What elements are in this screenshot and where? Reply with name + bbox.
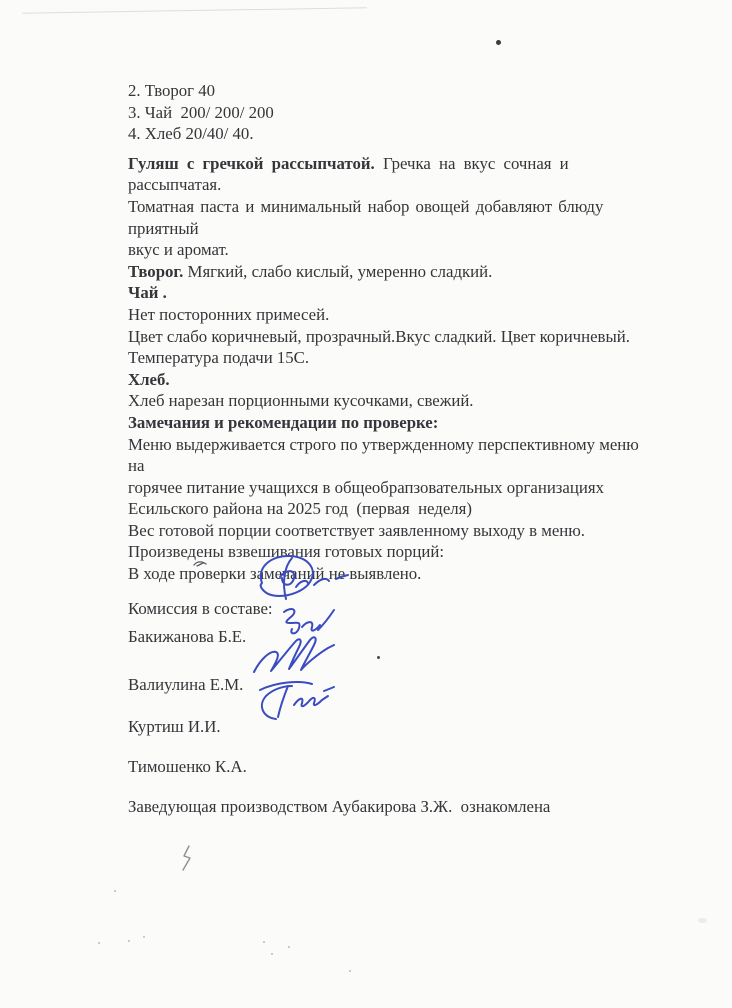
scan-speck (496, 40, 501, 45)
scan-speck (128, 940, 130, 942)
commission-member-row: Валиулина Е.М. (128, 674, 650, 714)
dish-description-chai-line2: Цвет слабо коричневый, прозрачный.Вкус с… (128, 326, 650, 348)
remarks-line: В ходе проверки замечаний не выявлено. (128, 563, 650, 585)
menu-list-item: 4. Хлеб 20/40/ 40. (128, 123, 650, 145)
commission-heading: Комиссия в составе: (128, 598, 650, 620)
scan-speck (114, 890, 116, 892)
dish-description-gulyash-line3: вкус и аромат. (128, 239, 650, 261)
dish-name-chai: Чай . (128, 282, 650, 304)
scan-speck (143, 936, 145, 938)
dish-name-gulyash: Гуляш с гречкой рассыпчатой. (128, 154, 375, 173)
commission-member-row: Тимошенко К.А. (128, 756, 650, 796)
commission-member-name: Валиулина Е.М. (128, 674, 650, 696)
footer-acknowledgement: Заведующая производством Аубакирова З.Ж.… (128, 796, 650, 818)
scanned-document-page: 2. Творог 40 3. Чай 200/ 200/ 200 4. Хле… (0, 0, 732, 1008)
remarks-line: Произведены взвешивания готовых порций: (128, 541, 650, 563)
menu-list-item: 3. Чай 200/ 200/ 200 (128, 102, 650, 124)
scan-speck (288, 946, 290, 948)
remarks-line: Вес готовой порции соответствует заявлен… (128, 520, 650, 542)
remarks-heading: Замечания и рекомендации по проверке: (128, 412, 650, 434)
dish-description-gulyash-line2: Томатная паста и минимальный набор овоще… (128, 196, 650, 239)
remarks-line: Меню выдерживается строго по утвержденно… (128, 434, 650, 477)
scan-speck (263, 941, 265, 943)
dish-name-tvorog: Творог. (128, 262, 183, 281)
dish-description-hleb: Хлеб нарезан порционными кусочками, свеж… (128, 390, 650, 412)
document-body: 2. Творог 40 3. Чай 200/ 200/ 200 4. Хле… (128, 80, 650, 818)
remarks-line: горячее питание учащихся в общеобрапзова… (128, 477, 650, 499)
dish-text: Мягкий, слабо кислый, умеренно сладкий. (183, 262, 492, 281)
commission-member-name: Куртиш И.И. (128, 716, 650, 738)
scan-edge-line (22, 7, 367, 13)
scan-speck (271, 953, 273, 955)
commission-member-row: Бакижанова Б.Е. (128, 626, 650, 666)
pen-mark-artifact (181, 845, 193, 871)
scan-speck (98, 942, 100, 944)
menu-list-item: 2. Творог 40 (128, 80, 650, 102)
dish-description-chai-line3: Температура подачи 15С. (128, 347, 650, 369)
remarks-line: Есильского района на 2025 год (первая не… (128, 498, 650, 520)
scan-smudge (698, 918, 707, 923)
dish-description-chai-line1: Нет посторонних примесей. (128, 304, 650, 326)
dish-name-hleb: Хлеб. (128, 369, 650, 391)
dish-description-tvorog: Творог. Мягкий, слабо кислый, умеренно с… (128, 261, 650, 283)
dish-description-gulyash: Гуляш с гречкой рассыпчатой. Гречка на в… (128, 153, 650, 196)
commission-member-row: Куртиш И.И. (128, 716, 650, 756)
scan-speck (349, 970, 351, 972)
commission-member-name: Бакижанова Б.Е. (128, 626, 650, 648)
commission-member-name: Тимошенко К.А. (128, 756, 650, 778)
